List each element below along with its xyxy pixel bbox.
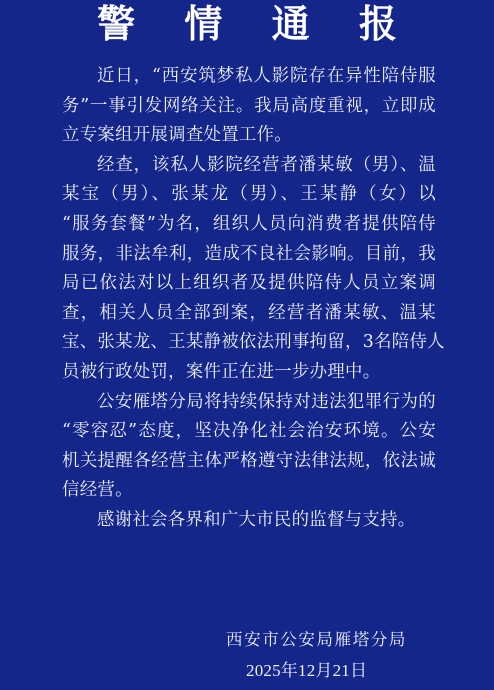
notice-body: 近日，“西安筑梦私人影院存在异性陪侍服 务”一事引发网络关注。我局高度重视，立即… — [62, 62, 436, 536]
text-line: 经查，该私人影院经营者潘某敏（男）、温 — [62, 151, 436, 181]
text-line: 感谢社会各界和广大市民的监督与支持。 — [62, 506, 436, 536]
text-line: 立专案组开展调查处置工作。 — [62, 121, 436, 151]
text-line: “零容忍”态度，坚决净化社会治安环境。公安 — [62, 417, 436, 447]
text-line: 公安雁塔分局将持续保持对违法犯罪行为的 — [62, 388, 436, 418]
text-line: 服务，非法牟利，造成不良社会影响。目前，我 — [62, 240, 436, 270]
text-line: 近日，“西安筑梦私人影院存在异性陪侍服 — [62, 62, 436, 92]
text-line: 机关提醒各经营主体严格遵守法律法规，依法诚 — [62, 447, 436, 477]
text-line: 某宝（男）、张某龙（男）、王某静（女）以 — [62, 180, 436, 210]
paragraph-zero-tolerance: 公安雁塔分局将持续保持对违法犯罪行为的 “零容忍”态度，坚决净化社会治安环境。公… — [62, 388, 436, 506]
paragraph-intro: 近日，“西安筑梦私人影院存在异性陪侍服 务”一事引发网络关注。我局高度重视，立即… — [62, 62, 436, 151]
text-line: 宝、张某龙、王某静被依法刑事拘留，3名陪侍人 — [62, 328, 436, 358]
text-line: “服务套餐”为名，组织人员向消费者提供陪侍 — [62, 210, 436, 240]
text-line: 信经营。 — [62, 476, 436, 506]
text-line: 员被行政处罚，案件正在进一步办理中。 — [62, 358, 436, 388]
paragraph-investigation: 经查，该私人影院经营者潘某敏（男）、温 某宝（男）、张某龙（男）、王某静（女）以… — [62, 151, 436, 388]
text-line: 查，相关人员全部到案，经营者潘某敏、温某 — [62, 299, 436, 329]
text-line: 务”一事引发网络关注。我局高度重视，立即成 — [62, 92, 436, 122]
issue-date: 2025年12月21日 — [246, 656, 367, 681]
document-title: 警 情 通 报 — [0, 2, 494, 46]
text-line: 局已依法对以上组织者及提供陪侍人员立案调 — [62, 269, 436, 299]
issuing-organization: 西安市公安局雁塔分局 — [226, 626, 407, 650]
paragraph-thanks: 感谢社会各界和广大市民的监督与支持。 — [62, 506, 436, 536]
